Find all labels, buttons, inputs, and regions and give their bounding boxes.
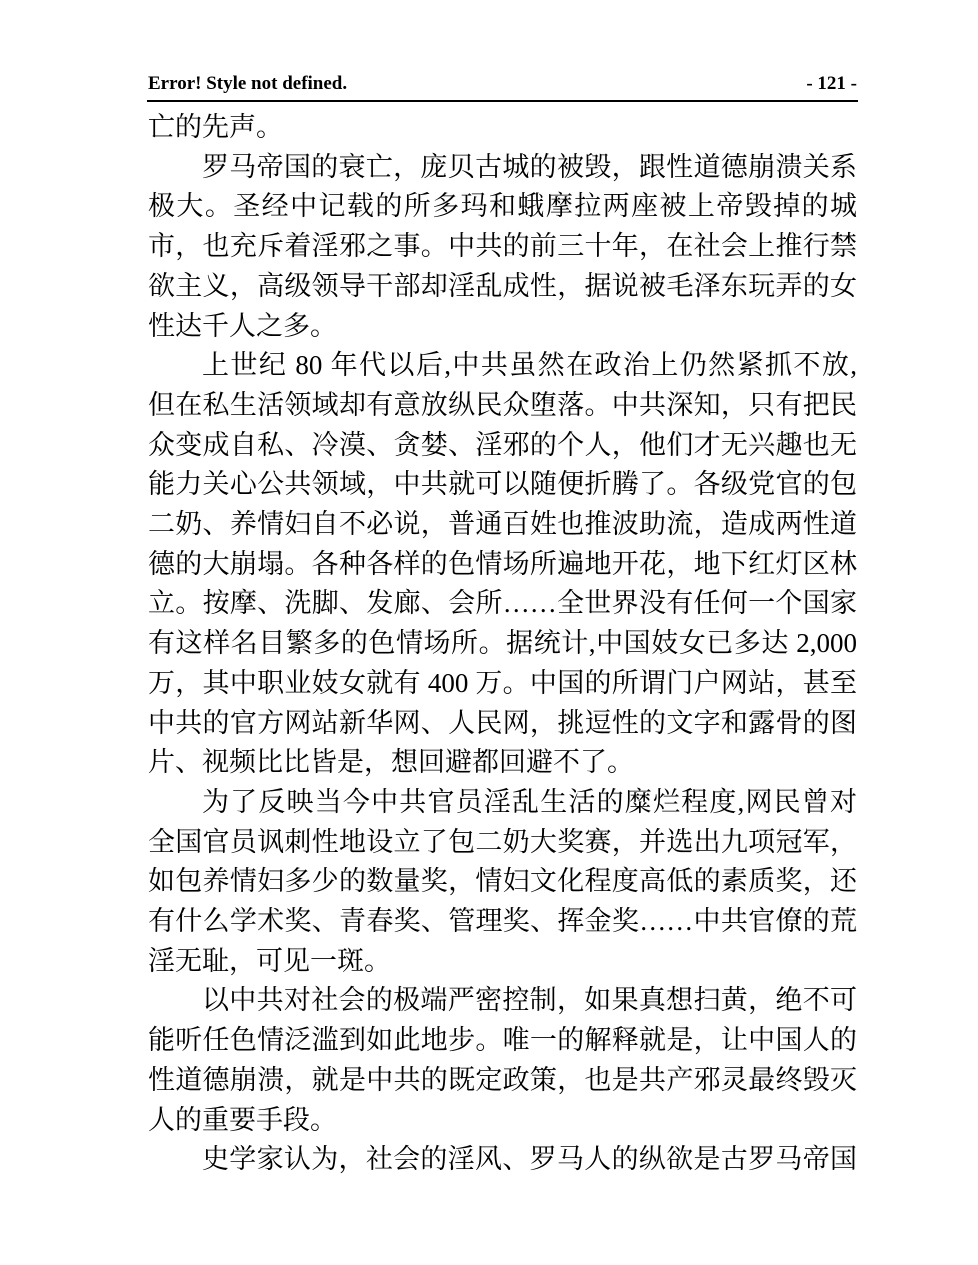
text-line: 万，其中职业妓女就有 400 万。中国的所谓门户网站，甚至 xyxy=(148,664,857,704)
text-line: 但在私生活领域却有意放纵民众堕落。中共深知，只有把民 xyxy=(148,386,857,426)
header-error-text: Error! Style not defined. xyxy=(148,72,347,96)
text-line: 市，也充斥着淫邪之事。中共的前三十年，在社会上推行禁 xyxy=(148,227,857,267)
text-line: 人的重要手段。 xyxy=(148,1101,857,1141)
page-header: Error! Style not defined. - 121 - xyxy=(148,72,857,96)
document-page: Error! Style not defined. - 121 - 亡的先声。罗… xyxy=(0,0,978,1265)
text-line: 淫无耻，可见一斑。 xyxy=(148,942,857,982)
text-line: 罗马帝国的衰亡，庞贝古城的被毁，跟性道德崩溃关系 xyxy=(148,148,857,188)
text-line: 极大。圣经中记载的所多玛和蛾摩拉两座被上帝毁掉的城 xyxy=(148,187,857,227)
text-line: 如包养情妇多少的数量奖，情妇文化程度高低的素质奖，还 xyxy=(148,862,857,902)
text-line: 众变成自私、冷漠、贪婪、淫邪的个人，他们才无兴趣也无 xyxy=(148,426,857,466)
text-line: 欲主义，高级领导干部却淫乱成性，据说被毛泽东玩弄的女 xyxy=(148,267,857,307)
text-line: 性道德崩溃，就是中共的既定政策，也是共产邪灵最终毁灭 xyxy=(148,1061,857,1101)
text-line: 有什么学术奖、青春奖、管理奖、挥金奖……中共官僚的荒 xyxy=(148,902,857,942)
text-line: 中共的官方网站新华网、人民网，挑逗性的文字和露骨的图 xyxy=(148,704,857,744)
text-line: 以中共对社会的极端严密控制，如果真想扫黄，绝不可 xyxy=(148,981,857,1021)
text-line: 能听任色情泛滥到如此地步。唯一的解释就是，让中国人的 xyxy=(148,1021,857,1061)
text-line: 片、视频比比皆是，想回避都回避不了。 xyxy=(148,743,857,783)
text-line: 全国官员讽刺性地设立了包二奶大奖赛，并选出九项冠军， xyxy=(148,823,857,863)
document-body: 亡的先声。罗马帝国的衰亡，庞贝古城的被毁，跟性道德崩溃关系极大。圣经中记载的所多… xyxy=(148,108,857,1180)
text-line: 史学家认为，社会的淫风、罗马人的纵欲是古罗马帝国 xyxy=(148,1140,857,1180)
text-line: 能力关心公共领域，中共就可以随便折腾了。各级党官的包 xyxy=(148,465,857,505)
text-line: 上世纪 80 年代以后,中共虽然在政治上仍然紧抓不放, xyxy=(148,346,857,386)
text-line: 为了反映当今中共官员淫乱生活的糜烂程度,网民曾对 xyxy=(148,783,857,823)
text-line: 德的大崩塌。各种各样的色情场所遍地开花，地下红灯区林 xyxy=(148,545,857,585)
header-rule xyxy=(147,100,858,102)
text-line: 性达千人之多。 xyxy=(148,307,857,347)
text-line: 有这样名目繁多的色情场所。据统计,中国妓女已多达 2,000 xyxy=(148,624,857,664)
text-line: 立。按摩、洗脚、发廊、会所……全世界没有任何一个国家 xyxy=(148,584,857,624)
text-line: 亡的先声。 xyxy=(148,108,857,148)
text-line: 二奶、养情妇自不必说，普通百姓也推波助流，造成两性道 xyxy=(148,505,857,545)
page-number: - 121 - xyxy=(806,72,857,96)
